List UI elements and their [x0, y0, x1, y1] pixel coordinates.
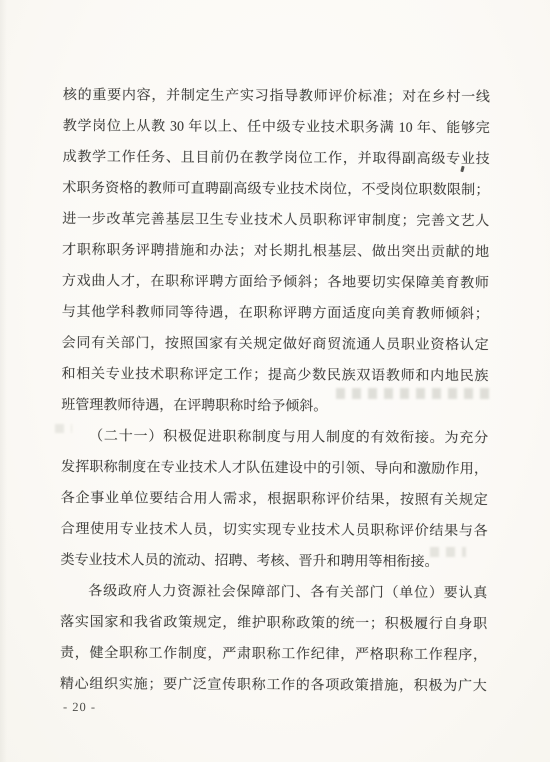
- text-line: 发挥职称制度在专业技术人才队伍建设中的引领、导向和激励作用，: [61, 452, 488, 485]
- text-line: 成教学工作任务、且目前仍在教学岗位工作，并取得副高级专业技: [63, 142, 490, 175]
- text-line: 类专业技术人员的流动、招聘、考核、晋升和聘用等相衔接。: [60, 545, 487, 578]
- text-line: 与其他学科教师同等待遇，在职称评聘方面适度向美育教师倾斜；: [62, 297, 489, 330]
- bleedthrough-smudge: [430, 547, 466, 557]
- document-page: 核的重要内容，并制定生产实习指导教师评价标准；对在乡村一线 教学岗位上从教 30…: [0, 0, 550, 762]
- text-line: 核的重要内容，并制定生产实习指导教师评价标准；对在乡村一线: [63, 80, 490, 113]
- text-line: 教学岗位上从教 30 年以上、任中级专业技术职务满 10 年、能够完: [63, 111, 490, 144]
- text-line: 术职务资格的教师可直聘副高级专业技术岗位，不受岗位职数限制；: [62, 173, 489, 206]
- text-line-paragraph-start: （二十一）积极促进职称制度与用人制度的有效衔接。为充分: [61, 421, 488, 454]
- text-line: 合理使用专业技术人员，切实实现专业技术人员职称评价结果与各: [61, 514, 488, 547]
- page-number: - 20 -: [63, 700, 96, 715]
- text-line: 进一步改革完善基层卫生专业技术人员职称评审制度；完善文艺人: [62, 204, 489, 237]
- text-line: 会同有关部门，按照国家有关规定做好商贸流通人员职业资格认定: [62, 328, 489, 361]
- scan-edge-shadow: [0, 0, 7, 762]
- text-line: 才职称职务评聘措施和办法；对长期扎根基层、做出突出贡献的地: [62, 235, 489, 268]
- text-line: 落实国家和我省政策规定，维护职称政策的统一；积极履行自身职: [60, 607, 487, 640]
- text-line-paragraph-start: 各级政府人力资源社会保障部门、各有关部门（单位）要认真: [60, 576, 487, 609]
- text-line: 各企事业单位要结合用人需求，根据职称评价结果，按照有关规定: [61, 483, 488, 516]
- text-line: 责，健全职称工作制度，严肃职称工作纪律，严格职称工作程序，: [60, 638, 487, 671]
- text-line: 方戏曲人才，在职称评聘方面给予倾斜；各地要切实保障美育教师: [62, 266, 489, 299]
- bleedthrough-smudge: [55, 424, 72, 433]
- text-line: 精心组织实施；要广泛宣传职称工作的各项政策措施，积极为广大: [60, 669, 487, 702]
- bleedthrough-smudge: [336, 388, 492, 399]
